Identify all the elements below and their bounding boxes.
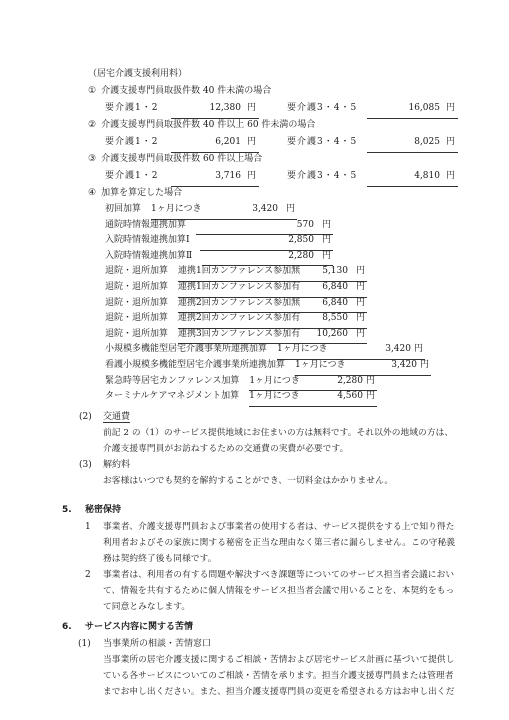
fee-group-heading: ③介護支援専門員取扱件数 60 件以上場合: [88, 151, 459, 168]
addon-value: 6,840: [322, 280, 348, 296]
addon-condition: 1ヶ月につき: [249, 374, 300, 390]
addon-label: 通院時情報連携加算: [105, 218, 186, 234]
addon-rows: 初回加算1ヶ月につき3,420円通院時情報連携加算570円入院時情報連携加算Ⅰ2…: [62, 202, 459, 405]
section-title: サービス内容に関する苦情: [85, 618, 193, 636]
yen-unit: 円: [356, 296, 365, 312]
care-level-label: 要介護3・4・5: [287, 134, 367, 151]
addon-condition: 連携1回カンファレンス参加有: [178, 280, 300, 296]
addon-row: 通院時情報連携加算570円: [105, 218, 333, 234]
addon-label: 退院・退所加算: [105, 264, 168, 280]
section-body: 解約料お客様はいつでも契約を解約することができ、一切料金はかかりません。: [103, 457, 459, 489]
item-body: 当事業所の相談・苦情窓口当事業所の居宅介護支援に関するご相談・苦情および居宅サー…: [103, 636, 459, 700]
item-body: 事業者、介護支援専門員および事業者の使用する者は、サービス提供をする上で知り得た…: [103, 519, 459, 567]
addon-underline: 1ヶ月につき4,560円: [249, 389, 377, 407]
addon-value: 3,420: [391, 358, 417, 374]
fee-group-number: ③: [88, 151, 96, 168]
fee-row: 要介護1・212,380円要介護3・4・516,085円: [105, 100, 458, 117]
section-item: 1事業者、介護支援専門員および事業者の使用する者は、サービス提供をする上で知り得…: [85, 519, 459, 567]
addon-value: 2,850: [288, 233, 314, 249]
section-number: (2): [79, 409, 103, 457]
care-level-label: 要介護3・4・5: [287, 168, 367, 185]
section-title: 交通費: [103, 409, 459, 425]
yen-unit: 円: [322, 249, 331, 265]
care-level-label: 要介護1・2: [105, 134, 171, 151]
section-title: 秘密保持: [85, 501, 121, 519]
addon-row: 看護小規模多機能型居宅介護事業所連携加算1ヶ月につき3,420円: [105, 358, 431, 374]
addon-condition: 1ヶ月につき: [151, 202, 202, 218]
doc-title: （居宅介護支援利用料）: [88, 66, 459, 83]
fee-value: 8,025: [414, 134, 440, 151]
item-number: 2: [85, 567, 103, 615]
addon-row: 退院・退所加算連携2回カンファレンス参加有8,550円: [105, 311, 367, 327]
addon-condition: 連携2回カンファレンス参加無: [178, 296, 300, 312]
addon-value: 2,280: [288, 249, 314, 265]
fee-group-heading: ①介護支援専門員取扱件数 40 件未満の場合: [88, 83, 459, 100]
fee-underline: 8,025円: [367, 134, 458, 153]
fee-underline: 4,810円: [367, 168, 458, 187]
addon-row: 入院時情報連携加算Ⅰ2,850円: [105, 233, 333, 249]
paragraph-line: 当事業所の居宅介護支援に関するご相談・苦情および居宅サービス計画に基づいて提供し: [103, 652, 459, 668]
section-number: 5.: [62, 501, 85, 519]
section-item: 2事業者は、利用者の有する問題や解決すべき課題等についてのサービス担当者会議にお…: [85, 567, 459, 615]
yen-unit: 円: [356, 280, 365, 296]
fee-value: 6,201: [215, 134, 241, 151]
yen-unit: 円: [446, 134, 455, 151]
yen-unit: 円: [446, 168, 455, 185]
fee-group-title: 介護支援専門員取扱件数 40 件未満の場合: [101, 83, 271, 100]
yen-unit: 円: [356, 327, 365, 343]
addon-condition: 連携2回カンファレンス参加有: [178, 311, 300, 327]
paragraph-line: 事業者は、利用者の有する問題や解決すべき課題等についてのサービス担当者会議におい: [103, 567, 459, 583]
addon-section-heading: ④ 加算を算定した場合: [88, 185, 459, 202]
addon-label: 初回加算: [105, 202, 141, 218]
item-number: (1): [78, 636, 103, 700]
addon-row: 小規模多機能型居宅介護事業所連携加算1ヶ月につき3,420円: [105, 342, 425, 358]
section-body: 交通費前記 2 の（1）のサービス提供地域にお住まいの方は無料です。それ以外の地…: [103, 409, 459, 457]
addon-label: 退院・退所加算: [105, 296, 168, 312]
paragraph-line: 務は契約終了後も同様です。: [103, 551, 459, 567]
addon-label: ターミナルケアマネジメント加算: [105, 389, 239, 405]
item-number: 1: [85, 519, 103, 567]
paragraph-line: て、情報を共有するために個人情報をサービス担当者会議で用いることを、本契約をもっ: [103, 583, 459, 599]
sub-section: (2)交通費前記 2 の（1）のサービス提供地域にお住まいの方は無料です。それ以…: [79, 409, 459, 457]
paragraph-line: て同意とみなします。: [103, 599, 459, 615]
item-title: 当事業所の相談・苦情窓口: [103, 636, 459, 652]
paragraph-line: お客様はいつでも契約を解約することができ、一切料金はかかりません。: [103, 473, 459, 489]
yen-unit: 円: [286, 202, 295, 218]
yen-unit: 円: [322, 218, 331, 234]
item-body: 事業者は、利用者の有する問題や解決すべき課題等についてのサービス担当者会議におい…: [103, 567, 459, 615]
care-level-label: 要介護1・2: [105, 168, 171, 185]
yen-unit: 円: [366, 389, 375, 405]
addon-value: 10,260: [316, 327, 348, 343]
fee-group-heading: ②介護支援専門員取扱件数 40 件以上 60 件未満の場合: [88, 117, 459, 134]
paragraph-line: 利用者およびその家族に関する秘密を正当な理由なく第三者に漏らしません。この守秘義: [103, 535, 459, 551]
fee-value: 4,810: [414, 168, 440, 185]
paragraph-line: 事業者、介護支援専門員および事業者の使用する者は、サービス提供をする上で知り得た: [103, 519, 459, 535]
addon-value: 5,130: [322, 264, 348, 280]
yen-unit: 円: [247, 100, 256, 117]
main-section-heading: 5.秘密保持: [62, 501, 459, 519]
sub-sections: (2)交通費前記 2 の（1）のサービス提供地域にお住まいの方は無料です。それ以…: [62, 409, 459, 489]
fee-value: 16,085: [408, 100, 440, 117]
yen-unit: 円: [446, 100, 455, 117]
addon-row: 退院・退所加算連携1回カンファレンス参加有6,840円: [105, 280, 367, 296]
yen-unit: 円: [356, 264, 365, 280]
document-page: （居宅介護支援利用料） ①介護支援専門員取扱件数 40 件未満の場合要介護1・2…: [0, 0, 509, 720]
fee-section: ①介護支援専門員取扱件数 40 件未満の場合要介護1・212,380円要介護3・…: [62, 83, 459, 185]
paragraph-line: までお申し出ください。また、担当介護支援専門員の変更を希望される方はお申し出くだ: [103, 684, 459, 700]
addon-section-number: ④: [88, 185, 96, 202]
yen-unit: 円: [247, 168, 256, 185]
addon-value: 2,280: [337, 374, 363, 390]
fee-group-title: 介護支援専門員取扱件数 60 件以上場合: [101, 151, 262, 168]
addon-row: 初回加算1ヶ月につき3,420円: [105, 202, 297, 218]
yen-unit: 円: [420, 358, 429, 374]
addon-label: 看護小規模多機能型居宅介護事業所連携加算: [105, 358, 285, 374]
fee-underline: 3,716円: [171, 168, 259, 187]
addon-row: 退院・退所加算連携2回カンファレンス参加無6,840円: [105, 296, 367, 312]
care-level-label: 要介護1・2: [105, 100, 171, 117]
fee-underline: 16,085円: [367, 100, 458, 119]
addon-row: ターミナルケアマネジメント加算1ヶ月につき4,560円: [105, 389, 377, 405]
addon-value: 3,420: [385, 342, 411, 358]
paragraph-line: 介護支援専門員がお訪ねするための交通費の実費が必要です。: [103, 441, 459, 457]
yen-unit: 円: [366, 374, 375, 390]
fee-value: 3,716: [215, 168, 241, 185]
yen-unit: 円: [414, 342, 423, 358]
paragraph-line: 前記 2 の（1）のサービス提供地域にお住まいの方は無料です。それ以外の地域の方…: [103, 425, 459, 441]
fee-value: 12,380: [209, 100, 241, 117]
addon-condition: 1ヶ月につき: [295, 358, 346, 374]
addon-row: 退院・退所加算連携3回カンファレンス参加有10,260円: [105, 327, 367, 343]
section-number: 6.: [62, 618, 85, 636]
section-number: (3): [79, 457, 103, 489]
addon-label: 入院時情報連携加算Ⅰ: [105, 233, 190, 249]
addon-value: 8,550: [322, 311, 348, 327]
main-sections: 5.秘密保持1事業者、介護支援専門員および事業者の使用する者は、サービス提供をす…: [62, 501, 459, 700]
yen-unit: 円: [356, 311, 365, 327]
fee-group-number: ②: [88, 117, 96, 134]
addon-condition: 1ヶ月につき: [277, 342, 328, 358]
addon-label: 退院・退所加算: [105, 280, 168, 296]
addon-row: 緊急時等居宅カンファレンス加算1ヶ月につき2,280円: [105, 374, 377, 390]
addon-label: 入院時情報連携加算Ⅱ: [105, 249, 192, 265]
sub-section: (3)解約料お客様はいつでも契約を解約することができ、一切料金はかかりません。: [79, 457, 459, 489]
fee-row: 要介護1・23,716円要介護3・4・54,810円: [105, 168, 458, 185]
addon-label: 小規模多機能型居宅介護事業所連携加算: [105, 342, 267, 358]
addon-label: 緊急時等居宅カンファレンス加算: [105, 374, 239, 390]
section-title-text: 交通費: [103, 412, 130, 423]
section-item: (1)当事業所の相談・苦情窓口当事業所の居宅介護支援に関するご相談・苦情および居…: [78, 636, 459, 700]
addon-condition: 連携1回カンファレンス参加無: [178, 264, 300, 280]
main-section-heading: 6.サービス内容に関する苦情: [62, 618, 459, 636]
yen-unit: 円: [322, 233, 331, 249]
addon-value: 570: [297, 218, 314, 234]
addon-value: 3,420: [252, 202, 278, 218]
addon-section-title: 加算を算定した場合: [101, 185, 182, 202]
addon-condition: 1ヶ月につき: [249, 389, 300, 405]
fee-group-title: 介護支援専門員取扱件数 40 件以上 60 件未満の場合: [101, 117, 315, 134]
section-title-text: 解約料: [103, 460, 130, 470]
care-level-label: 要介護3・4・5: [287, 100, 367, 117]
fee-row: 要介護1・26,201円要介護3・4・58,025円: [105, 134, 458, 151]
addon-row: 入院時情報連携加算Ⅱ2,280円: [105, 249, 333, 265]
fee-group-number: ①: [88, 83, 96, 100]
addon-label: 退院・退所加算: [105, 327, 168, 343]
yen-unit: 円: [247, 134, 256, 151]
addon-condition: 連携3回カンファレンス参加有: [178, 327, 300, 343]
addon-value: 6,840: [322, 296, 348, 312]
addon-label: 退院・退所加算: [105, 311, 168, 327]
paragraph-line: ている各サービスについてのご相談・苦情を承ります。担当介護支援専門員または管理者: [103, 668, 459, 684]
section-title: 解約料: [103, 457, 459, 473]
addon-value: 4,560: [337, 389, 363, 405]
addon-row: 退院・退所加算連携1回カンファレンス参加無5,130円: [105, 264, 367, 280]
